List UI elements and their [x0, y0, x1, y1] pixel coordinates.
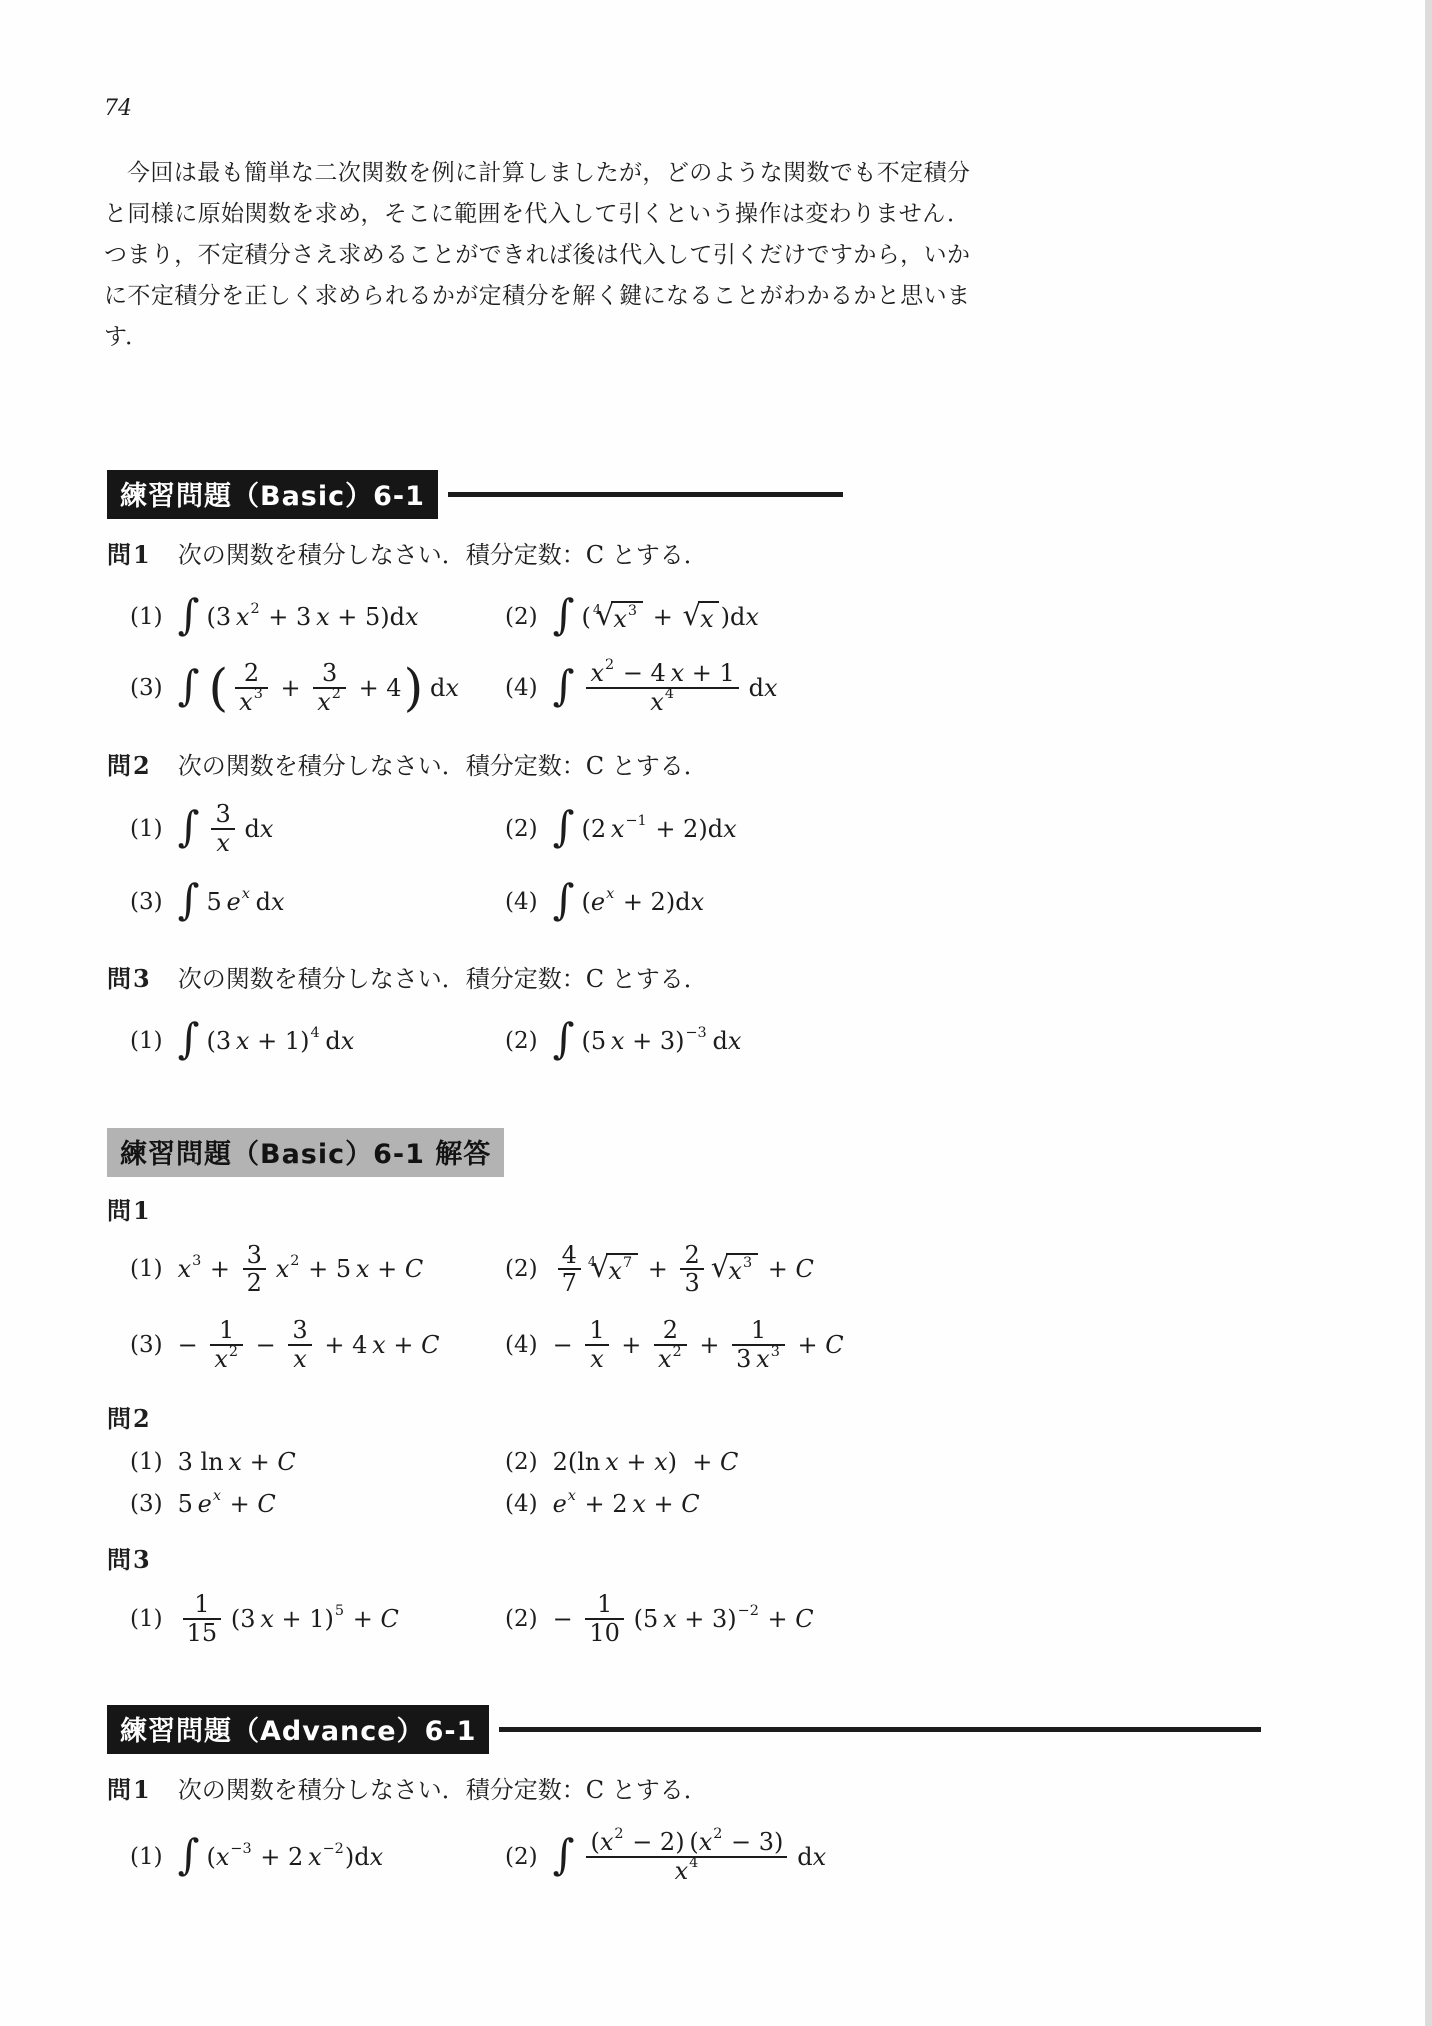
problem: (4) ∫x2 − 4 x + 1x4 dx — [505, 660, 1432, 716]
answer-row: (1) x3 + 32 x2 + 5 x + C (2) 474√x7 + 23… — [0, 1242, 1432, 1298]
answer-label: (3) — [130, 1491, 163, 1517]
answer: (1) 115 (3 x + 1)5 + C — [130, 1591, 505, 1647]
section-label-advance: 練習問題（Advance）6-1 — [107, 1705, 489, 1754]
math-formula: ∫(2 x−1 + 2)dx — [553, 808, 737, 850]
problem: (1) ∫(x−3 + 2 x−2)dx — [130, 1836, 505, 1878]
problem-row: (1) ∫(3 x + 1)4 dx (2) ∫(5 x + 3)−3 dx — [0, 1020, 1432, 1062]
problem: (3) ∫5 ex dx — [130, 881, 505, 923]
answer: (3) 5 ex + C — [130, 1490, 505, 1518]
question-title: 問2 — [107, 746, 152, 781]
problem: (1) ∫(3 x2 + 3 x + 5)dx — [130, 596, 505, 638]
answer-label: (1) — [130, 1449, 163, 1475]
question-prompt: 次の関数を積分しなさい．積分定数：C とする． — [178, 535, 708, 570]
question-title: 問1 — [107, 1770, 152, 1805]
problem-label: (2) — [505, 1844, 538, 1870]
answer-row: (3) − 1x2 − 3x + 4 x + C (4) − 1x + 2x2 … — [0, 1317, 1432, 1373]
answer: (2) 474√x7 + 23√x3 + C — [505, 1242, 1432, 1298]
problem: (2) ∫(5 x + 3)−3 dx — [505, 1020, 1432, 1062]
math-formula: ∫(x2 − 2) (x2 − 3)x4 dx — [553, 1829, 827, 1885]
question-prompt: 次の関数を積分しなさい．積分定数：C とする． — [178, 746, 708, 781]
answer: (1) x3 + 32 x2 + 5 x + C — [130, 1242, 505, 1298]
problem-row: (3) ∫5 ex dx (4) ∫(ex + 2)dx — [0, 881, 1432, 923]
question-title: 問3 — [107, 1540, 152, 1575]
problem: (2) ∫(2 x−1 + 2)dx — [505, 808, 1432, 850]
math-formula: 2(ln x + x) + C — [553, 1448, 739, 1476]
problem-label: (2) — [505, 816, 538, 842]
math-formula: x3 + 32 x2 + 5 x + C — [178, 1242, 424, 1298]
answer-label: (3) — [130, 1332, 163, 1358]
problem-label: (3) — [130, 889, 163, 915]
problem: (3) ∫(2x3 + 3x2 + 4) dx — [130, 660, 505, 716]
answer-label: (2) — [505, 1606, 538, 1632]
problem-label: (1) — [130, 604, 163, 630]
problem-label: (2) — [505, 1028, 538, 1054]
problem-label: (4) — [505, 889, 538, 915]
intro-paragraph: 今回は最も簡単な二次関数を例に計算しましたが，どのような関数でも不定積分と同様に… — [104, 153, 970, 358]
question-title: 問3 — [107, 959, 152, 994]
question-advance-1: 問1 次の関数を積分しなさい．積分定数：C とする． — [107, 1770, 1432, 1805]
math-formula: ∫(ex + 2)dx — [553, 881, 705, 923]
math-formula: ∫(4√x3 + √x)dx — [553, 596, 759, 638]
page-number: 74 — [104, 0, 1432, 121]
problem-label: (1) — [130, 1844, 163, 1870]
math-formula: ∫(5 x + 3)−3 dx — [553, 1020, 742, 1062]
problem: (1) ∫(3 x + 1)4 dx — [130, 1020, 505, 1062]
problem-row: (1) ∫(x−3 + 2 x−2)dx (2) ∫(x2 − 2) (x2 −… — [0, 1829, 1432, 1885]
answers-basic-1: 問1 — [107, 1191, 1432, 1226]
problem-row: (1) ∫3x dx (2) ∫(2 x−1 + 2)dx — [0, 801, 1432, 857]
math-formula: ∫x2 − 4 x + 1x4 dx — [553, 660, 778, 716]
question-basic-2: 問2 次の関数を積分しなさい．積分定数：C とする． — [107, 746, 1432, 781]
problem: (4) ∫(ex + 2)dx — [505, 881, 1432, 923]
section-label-basic-answers: 練習問題（Basic）6-1 解答 — [107, 1128, 504, 1177]
question-title: 問1 — [107, 1191, 152, 1226]
answer-label: (2) — [505, 1449, 538, 1475]
answers-basic-3: 問3 — [107, 1540, 1432, 1575]
problem: (2) ∫(x2 − 2) (x2 − 3)x4 dx — [505, 1829, 1432, 1885]
math-formula: ∫(3 x + 1)4 dx — [178, 1020, 355, 1062]
math-formula: ∫5 ex dx — [178, 881, 285, 923]
problem-label: (3) — [130, 675, 163, 701]
answer: (4) − 1x + 2x2 + 13 x3 + C — [505, 1317, 1432, 1373]
scan-edge-artifact — [1425, 0, 1432, 2026]
answer: (3) − 1x2 − 3x + 4 x + C — [130, 1317, 505, 1373]
answer: (1) 3 ln x + C — [130, 1448, 505, 1476]
problem: (1) ∫3x dx — [130, 801, 505, 857]
math-formula: ex + 2 x + C — [553, 1490, 700, 1518]
math-formula: ∫3x dx — [178, 801, 274, 857]
answer-row: (1) 3 ln x + C (2) 2(ln x + x) + C — [0, 1448, 1432, 1476]
problem-label: (4) — [505, 675, 538, 701]
problem-row: (3) ∫(2x3 + 3x2 + 4) dx (4) ∫x2 − 4 x + … — [0, 660, 1432, 716]
problem-row: (1) ∫(3 x2 + 3 x + 5)dx (2) ∫(4√x3 + √x)… — [0, 596, 1432, 638]
math-formula: 5 ex + C — [178, 1490, 276, 1518]
problem-label: (1) — [130, 816, 163, 842]
question-title: 問2 — [107, 1399, 152, 1434]
problem-label: (1) — [130, 1028, 163, 1054]
answer-row: (3) 5 ex + C (4) ex + 2 x + C — [0, 1490, 1432, 1518]
section-header-basic: 練習問題（Basic）6-1 — [107, 470, 1432, 519]
answer: (2) − 110 (5 x + 3)−2 + C — [505, 1591, 1432, 1647]
answer-label: (1) — [130, 1256, 163, 1282]
math-formula: ∫(2x3 + 3x2 + 4) dx — [178, 660, 459, 716]
math-formula: 474√x7 + 23√x3 + C — [553, 1242, 814, 1298]
answer-label: (1) — [130, 1606, 163, 1632]
section-header-advance: 練習問題（Advance）6-1 — [107, 1705, 1432, 1754]
problem: (2) ∫(4√x3 + √x)dx — [505, 596, 1432, 638]
answer-label: (2) — [505, 1256, 538, 1282]
question-prompt: 次の関数を積分しなさい．積分定数：C とする． — [178, 959, 708, 994]
math-formula: − 1x2 − 3x + 4 x + C — [178, 1317, 440, 1373]
answer-row: (1) 115 (3 x + 1)5 + C (2) − 110 (5 x + … — [0, 1591, 1432, 1647]
question-basic-3: 問3 次の関数を積分しなさい．積分定数：C とする． — [107, 959, 1432, 994]
answers-basic-2: 問2 — [107, 1399, 1432, 1434]
math-formula: 115 (3 x + 1)5 + C — [178, 1591, 399, 1647]
section-header-basic-answers: 練習問題（Basic）6-1 解答 — [107, 1128, 1432, 1177]
answer: (2) 2(ln x + x) + C — [505, 1448, 1432, 1476]
section-rule — [499, 1727, 1261, 1732]
section-label-basic: 練習問題（Basic）6-1 — [107, 470, 438, 519]
math-formula: 3 ln x + C — [178, 1448, 296, 1476]
math-formula: − 110 (5 x + 3)−2 + C — [553, 1591, 814, 1647]
math-formula: ∫(x−3 + 2 x−2)dx — [178, 1836, 384, 1878]
answer-label: (4) — [505, 1332, 538, 1358]
textbook-page: 74 今回は最も簡単な二次関数を例に計算しましたが，どのような関数でも不定積分と… — [0, 0, 1432, 2026]
question-basic-1: 問1 次の関数を積分しなさい．積分定数：C とする． — [107, 535, 1432, 570]
question-title: 問1 — [107, 535, 152, 570]
math-formula: − 1x + 2x2 + 13 x3 + C — [553, 1317, 844, 1373]
answer: (4) ex + 2 x + C — [505, 1490, 1432, 1518]
math-formula: ∫(3 x2 + 3 x + 5)dx — [178, 596, 419, 638]
problem-label: (2) — [505, 604, 538, 630]
section-rule — [448, 492, 843, 497]
question-prompt: 次の関数を積分しなさい．積分定数：C とする． — [178, 1770, 708, 1805]
answer-label: (4) — [505, 1491, 538, 1517]
